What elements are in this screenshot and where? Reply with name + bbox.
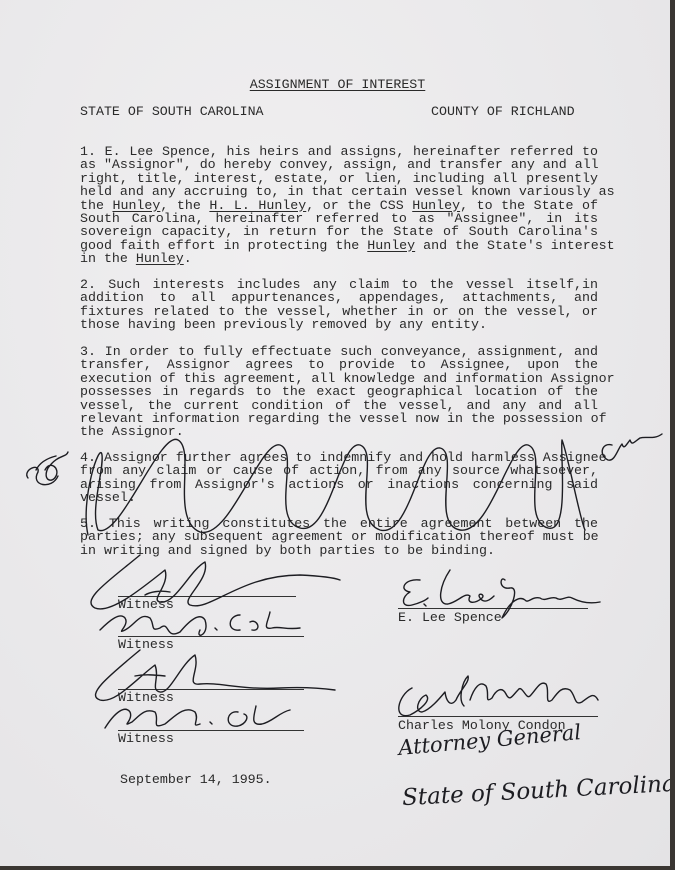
document-title: ASSIGNMENT OF INTEREST [0, 78, 670, 91]
document-page: ASSIGNMENT OF INTEREST STATE OF SOUTH CA… [0, 0, 670, 866]
paragraph-line: addition to all appurtenances, appendage… [80, 291, 598, 304]
paragraph-line: arising from Assignor's actions or inact… [80, 478, 598, 491]
paragraph-line: 1. E. Lee Spence, his heirs and assigns,… [80, 145, 598, 158]
paragraph-line: held and any accruing to, in that certai… [80, 185, 598, 198]
paragraph-line: parties; any subsequent agreement or mod… [80, 530, 598, 543]
witness-1-label: Witness [118, 597, 174, 612]
county-heading: COUNTY OF RICHLAND [431, 105, 575, 118]
paragraph-line: 2. Such interests includes any claim to … [80, 278, 598, 291]
paragraph-line: vessel, the current condition of the ves… [80, 399, 598, 412]
witness-4-label: Witness [118, 731, 174, 746]
paragraph-line: good faith effort in protecting the Hunl… [80, 239, 598, 252]
witness-2-label: Witness [118, 637, 174, 652]
paragraph-1: 1. E. Lee Spence, his heirs and assigns,… [80, 145, 598, 266]
paragraph-line: 3. In order to fully effectuate such con… [80, 345, 598, 358]
paragraph-line: as "Assignor", do hereby convey, assign,… [80, 158, 598, 171]
paragraph-3: 3. In order to fully effectuate such con… [80, 345, 598, 439]
paragraph-line: from any claim or cause of action, from … [80, 464, 598, 477]
witness-2-signature [100, 612, 300, 635]
paragraph-line: those having been previously removed by … [80, 318, 598, 331]
paragraph-line: 5. This writing constitutes the entire a… [80, 517, 598, 530]
assignee-signature-line [398, 716, 598, 717]
paragraph-line: relevant information regarding the vesse… [80, 412, 598, 425]
paragraph-line: the Assignor. [80, 425, 598, 438]
witness-3-label: Witness [118, 690, 174, 705]
paragraph-4-struck: 4. Assignor further agrees to indemnify … [80, 451, 598, 505]
assignor-signature-line [398, 608, 588, 609]
right-initials-cmc [602, 434, 662, 460]
title-text: ASSIGNMENT OF INTEREST [250, 77, 426, 92]
paragraph-line: transfer, Assignor agrees to provide to … [80, 358, 598, 371]
left-initials-els [27, 452, 68, 485]
paragraph-line: South Carolina, hereinafter referred to … [80, 212, 598, 225]
state-heading: STATE OF SOUTH CAROLINA [80, 105, 264, 118]
paragraph-5: 5. This writing constitutes the entire a… [80, 517, 598, 557]
paragraph-line: in writing and signed by both parties to… [80, 544, 598, 557]
underlined-term: Hunley [136, 251, 184, 266]
paragraph-line: 4. Assignor further agrees to indemnify … [80, 451, 598, 464]
paragraph-line: fixtures related to the vessel, whether … [80, 305, 598, 318]
signing-date: September 14, 1995. [120, 772, 272, 787]
handwritten-title-state: State of South Carolina [402, 771, 670, 811]
paragraph-line: vessel. [80, 491, 598, 504]
paragraph-line: right, title, interest, estate, or lien,… [80, 172, 598, 185]
assignor-printed-name: E. Lee Spence [398, 610, 502, 625]
paragraph-line: sovereign capacity, in return for the St… [80, 225, 598, 238]
witness-4-signature [105, 706, 290, 728]
paragraph-line: possesses in regards to the exact geogra… [80, 385, 598, 398]
paragraph-line: the Hunley, the H. L. Hunley, or the CSS… [80, 199, 598, 212]
paragraph-line: in the Hunley. [80, 252, 598, 265]
assignee-signature [399, 676, 598, 716]
paragraph-2: 2. Such interests includes any claim to … [80, 278, 598, 332]
paragraph-line: execution of this agreement, all knowled… [80, 372, 598, 385]
underlined-term: Hunley [367, 238, 415, 253]
